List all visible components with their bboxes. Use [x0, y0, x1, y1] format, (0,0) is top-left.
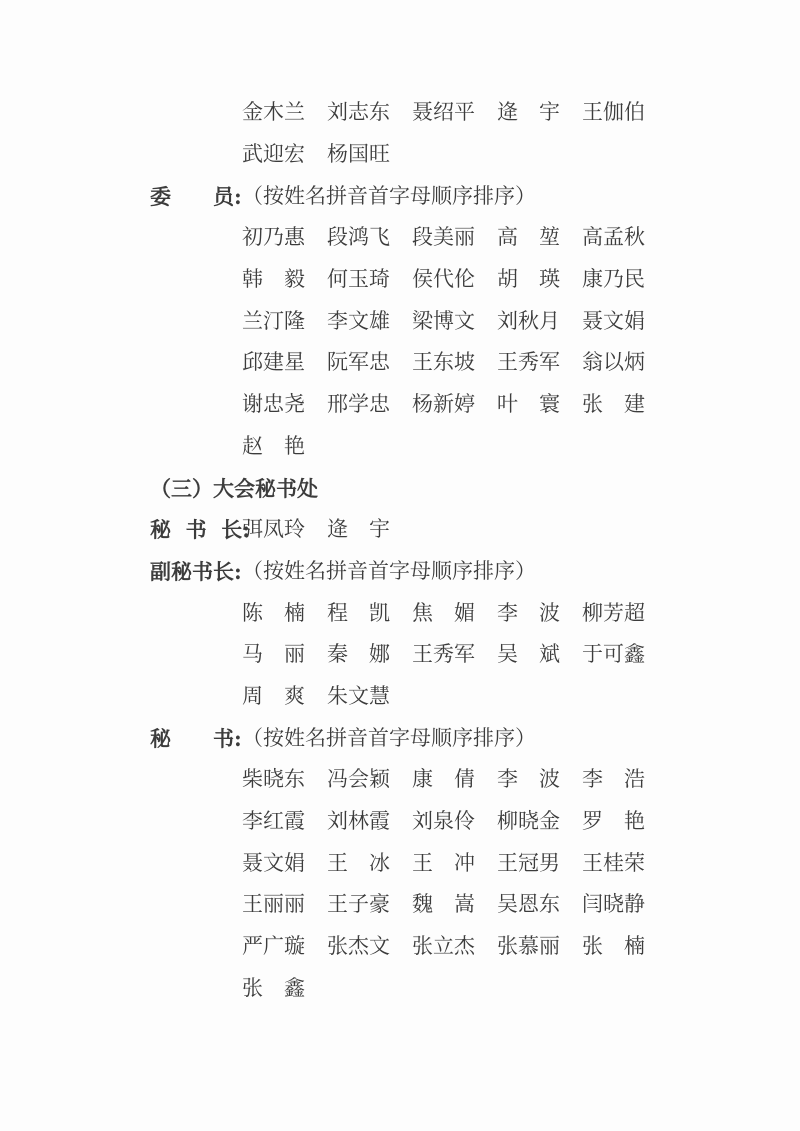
- name-row: 韩 毅何玉琦侯代伦胡 瑛康乃民: [150, 259, 800, 301]
- person-name: 梁博文: [412, 311, 497, 332]
- person-name: 刘林霞: [327, 811, 412, 832]
- document-body: 金木兰刘志东聂绍平逄 宇王伽伯武迎宏杨国旺委 员:（按姓名拼音首字母顺序排序）初…: [0, 0, 800, 1009]
- person-name: 冯会颖: [327, 769, 412, 790]
- person-name: 严广璇: [242, 936, 327, 957]
- role-label: 秘 书:: [150, 728, 242, 749]
- name-cells: 严广璇张杰文张立杰张慕丽张 楠: [242, 936, 667, 957]
- person-name: 刘志东: [327, 102, 412, 123]
- person-name: 柳芳超: [582, 603, 667, 624]
- person-name: 王 冰: [327, 853, 412, 874]
- person-name: 王桂荣: [582, 853, 667, 874]
- person-name: 聂绍平: [412, 102, 497, 123]
- name-row: 兰汀隆李文雄梁博文刘秋月聂文娟: [150, 300, 800, 342]
- person-name: 王冠男: [497, 853, 582, 874]
- name-cells: 柴晓东冯会颖康 倩李 波李 浩: [242, 769, 667, 790]
- name-cells: 谢忠尧邢学忠杨新婷叶 寰张 建: [242, 394, 667, 415]
- name-cells: 马 丽秦 娜王秀军吴 斌于可鑫: [242, 644, 667, 665]
- person-name: 聂文娟: [242, 853, 327, 874]
- person-name: 邱建星: [242, 352, 327, 373]
- person-name: 朱文慧: [327, 686, 412, 707]
- person-name: 韩 毅: [242, 269, 327, 290]
- person-name: 闫晓静: [582, 894, 667, 915]
- person-name: 杨新婷: [412, 394, 497, 415]
- person-name: 王伽伯: [582, 102, 667, 123]
- person-name: 刘秋月: [497, 311, 582, 332]
- name-cells: 聂文娟王 冰王 冲王冠男王桂荣: [242, 853, 667, 874]
- name-row: 柴晓东冯会颖康 倩李 波李 浩: [150, 759, 800, 801]
- label-row: 秘 书 长:弭凤玲逄 宇: [150, 509, 800, 551]
- person-name: 叶 寰: [497, 394, 582, 415]
- person-name: 王 冲: [412, 853, 497, 874]
- name-row: 严广璇张杰文张立杰张慕丽张 楠: [150, 926, 800, 968]
- person-name: 逄 宇: [497, 102, 582, 123]
- person-name: 李 波: [497, 769, 582, 790]
- name-row: 谢忠尧邢学忠杨新婷叶 寰张 建: [150, 384, 800, 426]
- name-row: 陈 楠程 凯焦 媚李 波柳芳超: [150, 592, 800, 634]
- person-name: 李文雄: [327, 311, 412, 332]
- person-name: 逄 宇: [327, 519, 412, 540]
- person-name: 初乃惠: [242, 227, 327, 248]
- person-name: 张慕丽: [497, 936, 582, 957]
- name-cells: 周 爽朱文慧: [242, 686, 412, 707]
- person-name: 张杰文: [327, 936, 412, 957]
- person-name: 张立杰: [412, 936, 497, 957]
- person-name: 翁以炳: [582, 352, 667, 373]
- name-cells: 弭凤玲逄 宇: [242, 519, 412, 540]
- name-row: 赵 艳: [150, 426, 800, 468]
- person-name: 聂文娟: [582, 311, 667, 332]
- label-row: 委 员:（按姓名拼音首字母顺序排序）: [150, 175, 800, 217]
- name-cells: 韩 毅何玉琦侯代伦胡 瑛康乃民: [242, 269, 667, 290]
- person-name: 程 凯: [327, 603, 412, 624]
- name-cells: 王丽丽王子豪魏 嵩吴恩东闫晓静: [242, 894, 667, 915]
- section-heading: （三）大会秘书处: [150, 478, 318, 499]
- name-cells: 兰汀隆李文雄梁博文刘秋月聂文娟: [242, 311, 667, 332]
- person-name: 高孟秋: [582, 227, 667, 248]
- name-row: 李红霞刘林霞刘泉伶柳晓金罗 艳: [150, 801, 800, 843]
- name-cells: 邱建星阮军忠王东坡王秀军翁以炳: [242, 352, 667, 373]
- document-page: 金木兰刘志东聂绍平逄 宇王伽伯武迎宏杨国旺委 员:（按姓名拼音首字母顺序排序）初…: [0, 0, 800, 1131]
- name-row: 邱建星阮军忠王东坡王秀军翁以炳: [150, 342, 800, 384]
- person-name: 邢学忠: [327, 394, 412, 415]
- person-name: 秦 娜: [327, 644, 412, 665]
- name-row: 周 爽朱文慧: [150, 676, 800, 718]
- person-name: 谢忠尧: [242, 394, 327, 415]
- person-name: 弭凤玲: [242, 519, 327, 540]
- person-name: 吴 斌: [497, 644, 582, 665]
- person-name: 张 建: [582, 394, 667, 415]
- name-row: 初乃惠段鸿飞段美丽高 堃高孟秋: [150, 217, 800, 259]
- name-cells: 金木兰刘志东聂绍平逄 宇王伽伯: [242, 102, 667, 123]
- name-row: 张 鑫: [150, 967, 800, 1009]
- person-name: 李红霞: [242, 811, 327, 832]
- person-name: 段美丽: [412, 227, 497, 248]
- role-label: 副秘书长:: [150, 561, 242, 582]
- person-name: 侯代伦: [412, 269, 497, 290]
- name-row: 武迎宏杨国旺: [150, 134, 800, 176]
- name-row: 王丽丽王子豪魏 嵩吴恩东闫晓静: [150, 884, 800, 926]
- person-name: 张 鑫: [242, 978, 327, 999]
- sort-order-note: （按姓名拼音首字母顺序排序）: [242, 186, 536, 207]
- section-heading-row: （三）大会秘书处: [150, 467, 800, 509]
- sort-order-note: （按姓名拼音首字母顺序排序）: [242, 561, 536, 582]
- person-name: 康 倩: [412, 769, 497, 790]
- person-name: 兰汀隆: [242, 311, 327, 332]
- name-cells: 武迎宏杨国旺: [242, 144, 412, 165]
- person-name: 于可鑫: [582, 644, 667, 665]
- person-name: 周 爽: [242, 686, 327, 707]
- person-name: 吴恩东: [497, 894, 582, 915]
- person-name: 柴晓东: [242, 769, 327, 790]
- person-name: 柳晓金: [497, 811, 582, 832]
- person-name: 武迎宏: [242, 144, 327, 165]
- person-name: 王东坡: [412, 352, 497, 373]
- sort-order-note: （按姓名拼音首字母顺序排序）: [242, 728, 536, 749]
- name-cells: 陈 楠程 凯焦 媚李 波柳芳超: [242, 603, 667, 624]
- person-name: 高 堃: [497, 227, 582, 248]
- person-name: 胡 瑛: [497, 269, 582, 290]
- person-name: 王秀军: [412, 644, 497, 665]
- person-name: 焦 媚: [412, 603, 497, 624]
- person-name: 何玉琦: [327, 269, 412, 290]
- person-name: 刘泉伶: [412, 811, 497, 832]
- person-name: 金木兰: [242, 102, 327, 123]
- label-row: 副秘书长:（按姓名拼音首字母顺序排序）: [150, 551, 800, 593]
- label-row: 秘 书:（按姓名拼音首字母顺序排序）: [150, 717, 800, 759]
- person-name: 段鸿飞: [327, 227, 412, 248]
- name-cells: 初乃惠段鸿飞段美丽高 堃高孟秋: [242, 227, 667, 248]
- name-row: 金木兰刘志东聂绍平逄 宇王伽伯: [150, 92, 800, 134]
- name-row: 马 丽秦 娜王秀军吴 斌于可鑫: [150, 634, 800, 676]
- person-name: 杨国旺: [327, 144, 412, 165]
- person-name: 李 波: [497, 603, 582, 624]
- role-label: 秘 书 长:: [150, 519, 242, 540]
- person-name: 王丽丽: [242, 894, 327, 915]
- person-name: 康乃民: [582, 269, 667, 290]
- person-name: 赵 艳: [242, 436, 327, 457]
- person-name: 王子豪: [327, 894, 412, 915]
- name-cells: 赵 艳: [242, 436, 327, 457]
- person-name: 陈 楠: [242, 603, 327, 624]
- person-name: 张 楠: [582, 936, 667, 957]
- name-cells: 李红霞刘林霞刘泉伶柳晓金罗 艳: [242, 811, 667, 832]
- role-label: 委 员:: [150, 186, 242, 207]
- name-row: 聂文娟王 冰王 冲王冠男王桂荣: [150, 842, 800, 884]
- person-name: 魏 嵩: [412, 894, 497, 915]
- person-name: 罗 艳: [582, 811, 667, 832]
- name-cells: 张 鑫: [242, 978, 327, 999]
- person-name: 马 丽: [242, 644, 327, 665]
- person-name: 王秀军: [497, 352, 582, 373]
- person-name: 阮军忠: [327, 352, 412, 373]
- person-name: 李 浩: [582, 769, 667, 790]
